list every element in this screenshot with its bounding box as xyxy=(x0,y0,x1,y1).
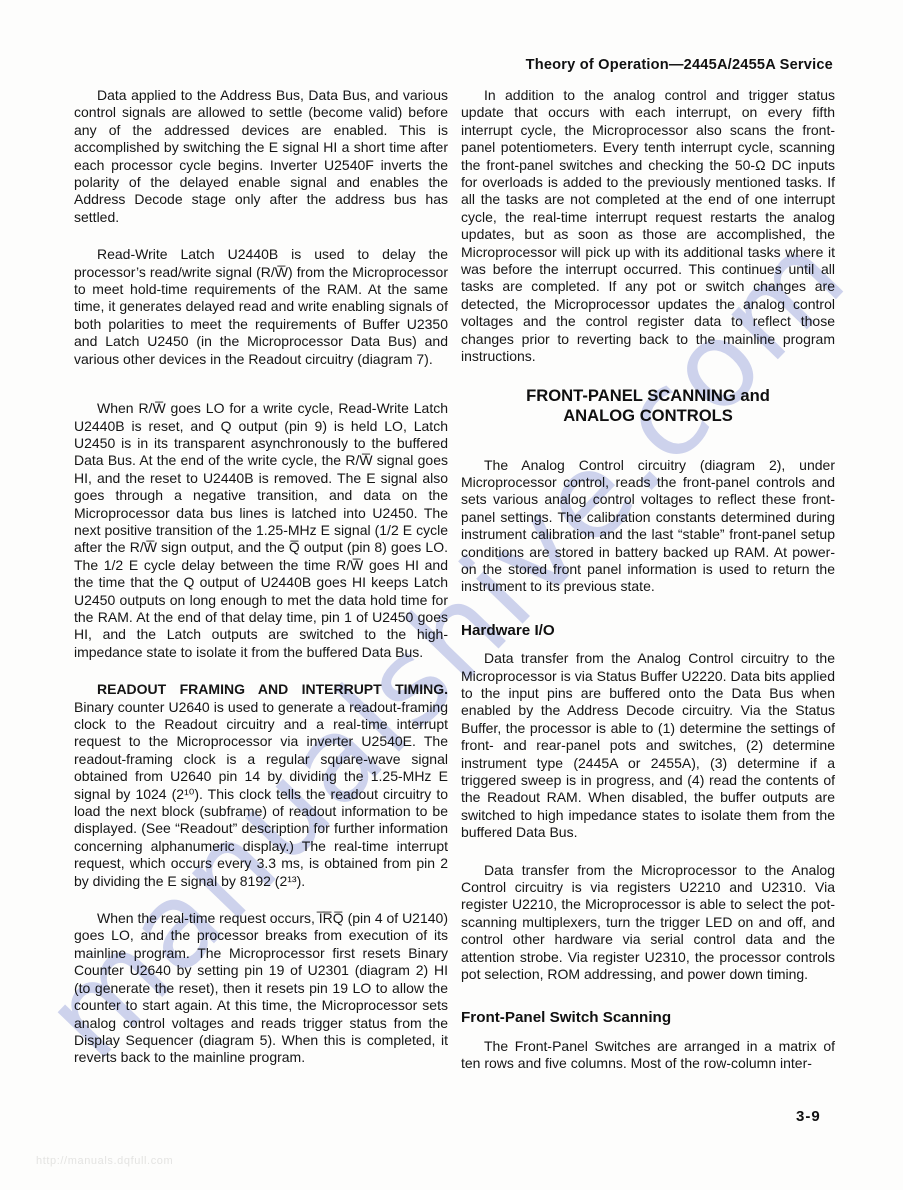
page-number: 3-9 xyxy=(796,1108,821,1125)
paragraph-interrupt-tasks: In addition to the analog control and tr… xyxy=(461,87,835,366)
paragraph-write-cycle: When R/W̅ goes LO for a write cycle, Rea… xyxy=(74,400,448,661)
sub-heading-hardware-io: Hardware I/O xyxy=(461,622,835,639)
page-header: Theory of Operation—2445A/2455A Service xyxy=(0,57,833,73)
paragraph-status-buffer: Data transfer from the Analog Control ci… xyxy=(461,650,835,841)
manual-page: Theory of Operation—2445A/2455A Service … xyxy=(0,0,903,1190)
right-column: In addition to the analog control and tr… xyxy=(461,87,835,1093)
paragraph-switch-matrix: The Front-Panel Switches are arranged in… xyxy=(461,1038,835,1073)
paragraph-analog-control: The Analog Control circuitry (diagram 2)… xyxy=(461,457,835,596)
paragraph-real-time-request: When the real-time request occurs, I̅R̅Q… xyxy=(74,910,448,1067)
paragraph-address-bus: Data applied to the Address Bus, Data Bu… xyxy=(74,87,448,226)
run-in-heading-readout-framing: READOUT FRAMING AND INTERRUPT TIMING. xyxy=(97,681,448,697)
paragraph-text: Binary counter U2640 is used to generate… xyxy=(74,699,448,889)
section-heading-front-panel-scanning: FRONT-PANEL SCANNING and ANALOG CONTROLS xyxy=(461,386,835,427)
section-heading-line2: ANALOG CONTROLS xyxy=(461,406,835,427)
section-heading-line1: FRONT-PANEL SCANNING and xyxy=(461,386,835,407)
paragraph-readout-framing: READOUT FRAMING AND INTERRUPT TIMING. Bi… xyxy=(74,681,448,890)
left-column: Data applied to the Address Bus, Data Bu… xyxy=(74,87,448,1087)
sub-heading-front-panel-switch-scanning: Front-Panel Switch Scanning xyxy=(461,1009,835,1026)
footer-url: http://manuals.dqfull.com xyxy=(36,1155,173,1167)
paragraph-registers: Data transfer from the Microprocessor to… xyxy=(461,862,835,984)
paragraph-read-write-latch: Read-Write Latch U2440B is used to delay… xyxy=(74,246,448,368)
